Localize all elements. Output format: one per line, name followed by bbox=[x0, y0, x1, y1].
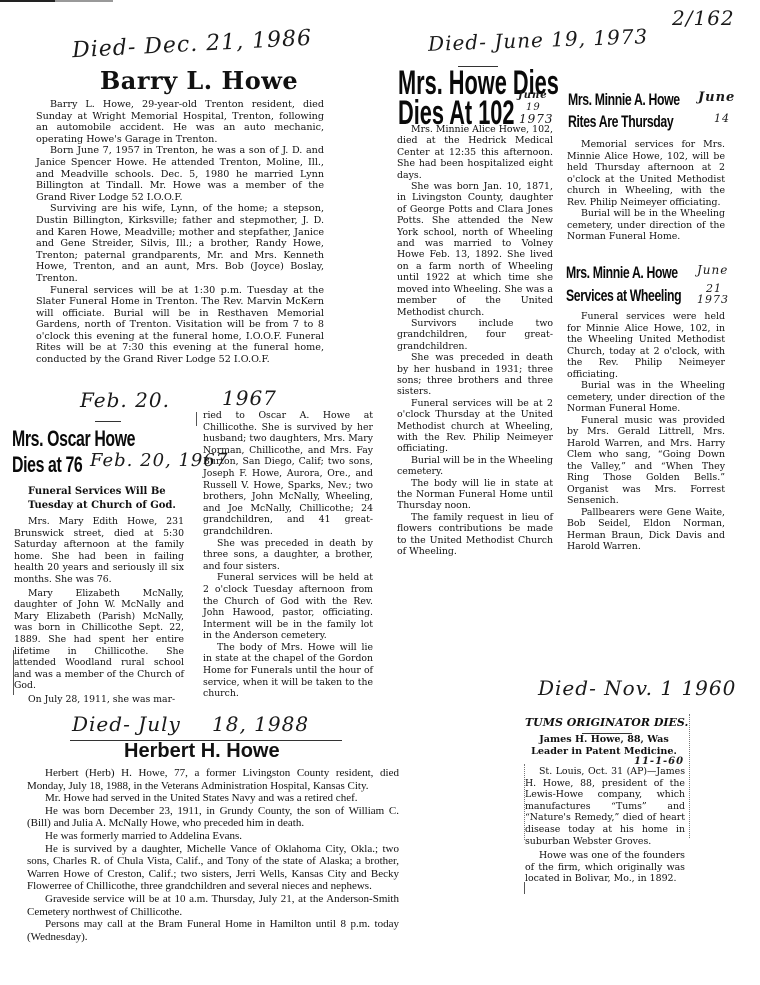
paragraph: Graveside service will be at 10 a.m. Thu… bbox=[27, 893, 399, 918]
handwritten-death-date: Died- June 19, 1973 bbox=[428, 24, 649, 56]
paragraph: She was born Jan. 10, 1871, in Livingsto… bbox=[397, 181, 553, 318]
obituary-headline: TUMS ORIGINATOR DIES. bbox=[525, 716, 688, 729]
paragraph: Mrs. Minnie Alice Howe, 102, died at the… bbox=[397, 124, 553, 181]
paragraph: He was born December 23, 1911, in Grundy… bbox=[27, 805, 399, 830]
obituary-headline: Dies at 76 bbox=[12, 452, 82, 478]
clipping-edge bbox=[524, 764, 525, 840]
paragraph: Mrs. Mary Edith Howe, 231 Brunswick stre… bbox=[14, 516, 184, 586]
paragraph: He is survived by a daughter, Michelle V… bbox=[27, 843, 399, 893]
handwritten-note: 14 bbox=[714, 112, 730, 125]
paragraph: The family request in lieu of flowers co… bbox=[397, 512, 553, 558]
handwritten-death-date: Died- Nov. 1 1960 bbox=[538, 676, 736, 700]
notice-body: Memorial services for Mrs. Minnie Alice … bbox=[567, 139, 725, 243]
obituary-body: Herbert (Herb) H. Howe, 77, a former Liv… bbox=[27, 767, 399, 943]
paragraph: Howe was one of the founders of the firm… bbox=[525, 850, 685, 885]
obituary-body: Mrs. Minnie Alice Howe, 102, died at the… bbox=[397, 124, 553, 557]
paragraph: Pallbearers were Gene Waite, Bob Seidel,… bbox=[567, 507, 725, 553]
notice-headline: Mrs. Minnie A. Howe bbox=[566, 263, 678, 283]
obituary-subhead: James H. Howe, 88, Was Leader in Patent … bbox=[527, 734, 681, 758]
paragraph: Born June 7, 1957 in Trenton, he was a s… bbox=[36, 145, 324, 203]
notice-headline: Services at Wheeling bbox=[566, 286, 681, 306]
paragraph: Funeral services will be at 2 o'clock Th… bbox=[397, 398, 553, 455]
paragraph: She was preceded in death by three sons,… bbox=[203, 538, 373, 573]
handwritten-note: June bbox=[698, 90, 735, 105]
page-number-handwritten: 2/162 bbox=[672, 6, 735, 30]
paragraph: He was formerly married to Addelina Evan… bbox=[27, 830, 399, 843]
paragraph: Barry L. Howe, 29-year-old Trenton resid… bbox=[36, 99, 324, 145]
obituary-column: Mrs. Mary Edith Howe, 231 Brunswick stre… bbox=[14, 516, 184, 706]
notice-headline: Mrs. Minnie A. Howe bbox=[568, 90, 680, 110]
paragraph: On July 28, 1911, she was mar- bbox=[14, 694, 184, 706]
obituary-column: ried to Oscar A. Howe at Chillicothe. Sh… bbox=[203, 410, 373, 700]
obituary-body: St. Louis, Oct. 31 (AP)—James H. Howe, 8… bbox=[525, 766, 685, 885]
obituary-headline: Barry L. Howe bbox=[100, 66, 298, 95]
paragraph: Surviving are his wife, Lynn, of the hom… bbox=[36, 203, 324, 284]
column-edge bbox=[13, 650, 14, 695]
paragraph: Funeral services were held for Minnie Al… bbox=[567, 311, 725, 380]
obituary-headline: Herbert H. Howe bbox=[124, 740, 280, 763]
handwritten-year: 1967 bbox=[222, 386, 277, 410]
paragraph: ried to Oscar A. Howe at Chillicothe. Sh… bbox=[203, 410, 373, 538]
paragraph: Funeral services will be held at 2 o'clo… bbox=[203, 572, 373, 642]
obituary-body: Barry L. Howe, 29-year-old Trenton resid… bbox=[36, 99, 324, 366]
notice-headline: Rites Are Thursday bbox=[568, 112, 673, 132]
paragraph: Survivors include two grandchildren, fou… bbox=[397, 318, 553, 352]
paragraph: The body will lie in state at the Norman… bbox=[397, 478, 553, 512]
divider bbox=[95, 421, 121, 422]
handwritten-death-date: 18, 1988 bbox=[212, 712, 309, 736]
paragraph: She was preceded in death by her husband… bbox=[397, 352, 553, 398]
paragraph: Burial will be in the Wheeling cemetery. bbox=[397, 455, 553, 478]
paragraph: Burial was in the Wheeling cemetery, und… bbox=[567, 380, 725, 415]
subhead-line: Funeral Services Will Be bbox=[28, 485, 176, 499]
handwritten-date: Feb. 20. bbox=[80, 388, 170, 412]
paragraph: Mr. Howe had served in the United States… bbox=[27, 792, 399, 805]
paragraph: Memorial services for Mrs. Minnie Alice … bbox=[567, 139, 725, 208]
paragraph: Funeral music was provided by Mrs. Geral… bbox=[567, 415, 725, 507]
handwritten-note: June bbox=[697, 263, 728, 277]
subhead-line: Tuesday at Church of God. bbox=[28, 499, 176, 513]
paragraph: Herbert (Herb) H. Howe, 77, a former Liv… bbox=[27, 767, 399, 792]
obituary-subhead: Funeral Services Will Be Tuesday at Chur… bbox=[28, 485, 176, 513]
handwritten-note: 1973 bbox=[697, 293, 729, 306]
paragraph: Persons may call at the Bram Funeral Hom… bbox=[27, 918, 399, 943]
scan-edge-bar bbox=[55, 0, 113, 2]
column-edge bbox=[196, 412, 197, 426]
clipping-edge bbox=[689, 714, 690, 838]
handwritten-death-date: Died- Dec. 21, 1986 bbox=[72, 26, 313, 64]
obituary-headline: Mrs. Oscar Howe bbox=[12, 426, 135, 452]
notice-body: Funeral services were held for Minnie Al… bbox=[567, 311, 725, 553]
handwritten-note: June bbox=[518, 90, 548, 101]
paragraph: Burial will be in the Wheeling cemetery,… bbox=[567, 208, 725, 243]
paragraph: Mary Elizabeth McNally, daughter of John… bbox=[14, 588, 184, 692]
paragraph: Funeral services will be at 1:30 p.m. Tu… bbox=[36, 285, 324, 366]
paragraph: The body of Mrs. Howe will lie in state … bbox=[203, 642, 373, 700]
paragraph: St. Louis, Oct. 31 (AP)—James H. Howe, 8… bbox=[525, 766, 685, 847]
clipping-edge bbox=[524, 882, 525, 894]
handwritten-death-date: Died- July bbox=[72, 712, 181, 736]
